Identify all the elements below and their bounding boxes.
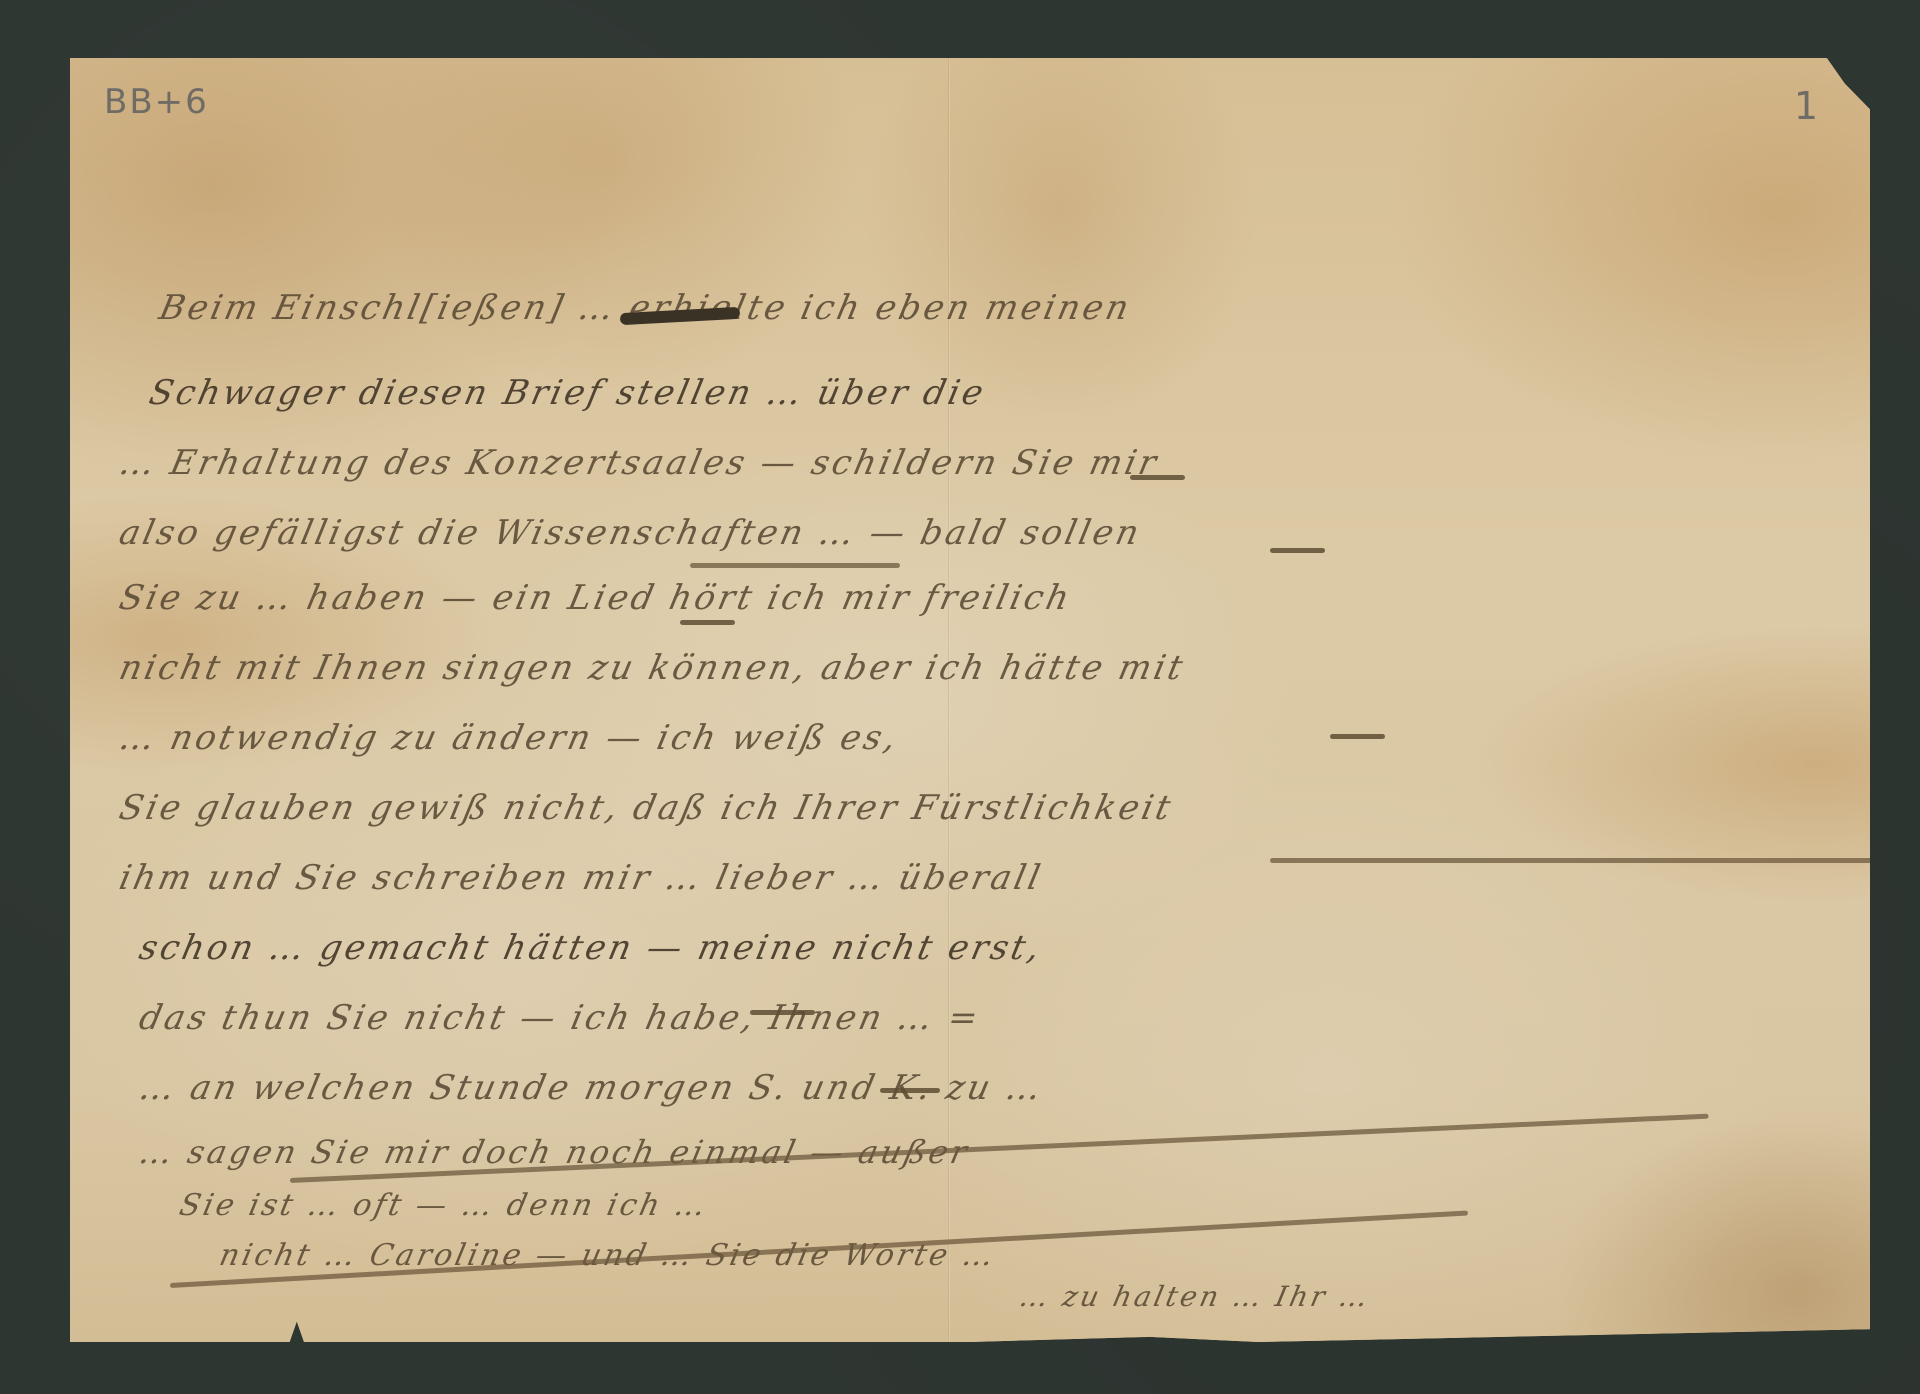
letter-line-3: … Erhaltung des Konzertsaales — schilder… [116,443,1163,483]
letter-line-7: … notwendig zu ändern — ich weiß es, [116,718,903,758]
letter-line-10: schon … gemacht hätten — meine nicht ers… [136,928,1046,968]
dash-mark [1130,475,1185,480]
letter-line-9: ihm und Sie schreiben mir … lieber … übe… [116,858,1047,898]
dash-mark [1330,734,1385,739]
manuscript-leaf: BB+6 1 Beim Einschl[ießen] … erhielte ic… [70,58,1870,1342]
dash-mark [880,1088,940,1093]
letter-line-2: Schwager diesen Brief stellen … über die [146,373,990,413]
underline-mark [690,563,900,568]
dash-mark [680,620,735,625]
letter-line-5: Sie zu … haben — ein Lied hört ich mir f… [116,578,1076,618]
dash-mark [750,1010,815,1015]
dash-mark [1270,548,1325,553]
letter-line-14: Sie ist … oft — … denn ich … [176,1188,711,1223]
letter-line-6: nicht mit Ihnen singen zu können, aber i… [116,648,1189,688]
letter-line-11: das thun Sie nicht — ich habe, Ihnen … = [136,998,985,1038]
underline-mark [1270,858,1890,863]
letter-line-8: Sie glauben gewiß nicht, daß ich Ihrer F… [116,788,1177,828]
letter-line-16: … zu halten … Ihr … [1016,1280,1373,1313]
shelfmark-annotation: BB+6 [104,82,209,122]
letter-line-4: also gefälligst die Wissenschaften … — b… [116,513,1146,553]
underline-mark [1450,1338,1740,1343]
folio-number: 1 [1794,84,1820,128]
